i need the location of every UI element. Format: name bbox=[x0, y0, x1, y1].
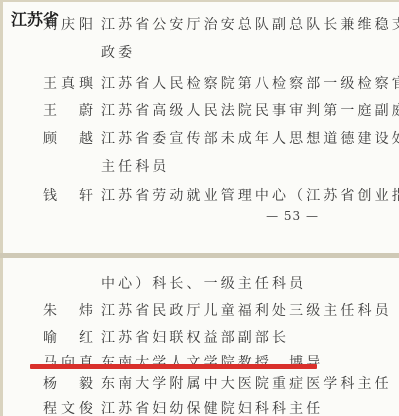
list-item: 朱 炜 江苏省民政厅儿童福利处三级主任科员 bbox=[3, 300, 399, 322]
person-title: 江苏省委宣传部未成年人思想道德建设处二级 bbox=[101, 128, 399, 148]
page-number: — 53 — bbox=[266, 209, 319, 223]
list-item-continuation: 中心）科长、一级主任科员 bbox=[3, 273, 399, 295]
person-name: 程文俊 bbox=[43, 398, 95, 416]
person-title: 江苏省高级人民法院民事审判第一庭副庭长 bbox=[101, 100, 399, 120]
person-name: 钱 轩 bbox=[43, 185, 95, 205]
list-item: 钱 轩 江苏省劳动就业管理中心（江苏省创业指导 bbox=[3, 185, 399, 207]
person-title-continued: 主任科员 bbox=[101, 156, 169, 176]
list-item: 程文俊 江苏省妇幼保健院妇科科主任 bbox=[3, 398, 399, 416]
person-name: 顾 越 bbox=[43, 128, 95, 148]
list-item-highlighted: 马向真 东南大学人文学院教授、博导 bbox=[3, 352, 399, 374]
person-title: 东南大学附属中大医院重症医学科主任 bbox=[101, 373, 392, 393]
person-title: 江苏省民政厅儿童福利处三级主任科员 bbox=[101, 300, 392, 320]
person-title: 江苏省公安厅治安总队副总队长兼维稳支队 bbox=[101, 14, 399, 34]
document-page-top: 江苏省 刘庆阳 江苏省公安厅治安总队副总队长兼维稳支队 政委 王真璵 江苏省人民… bbox=[3, 2, 399, 253]
person-name: 朱 炜 bbox=[43, 300, 95, 320]
person-name: 喻 红 bbox=[43, 327, 95, 347]
person-title: 江苏省人民检察院第八检察部一级检察官助理 bbox=[101, 73, 399, 93]
person-title: 江苏省妇幼保健院妇科科主任 bbox=[101, 398, 323, 416]
person-title-continued: 政委 bbox=[101, 42, 135, 62]
person-title: 江苏省妇联权益部副部长 bbox=[101, 327, 289, 347]
list-item: 王真璵 江苏省人民检察院第八检察部一级检察官助理 bbox=[3, 73, 399, 95]
red-underline-highlight bbox=[30, 364, 317, 369]
person-title: 东南大学人文学院教授、博导 bbox=[101, 352, 323, 372]
person-name: 杨 毅 bbox=[43, 373, 95, 393]
list-item: 刘庆阳 江苏省公安厅治安总队副总队长兼维稳支队 bbox=[3, 14, 399, 36]
person-name: 刘庆阳 bbox=[43, 14, 95, 34]
list-item: 喻 红 江苏省妇联权益部副部长 bbox=[3, 327, 399, 349]
list-item-continuation: 政委 bbox=[3, 42, 399, 64]
list-item: 杨 毅 东南大学附属中大医院重症医学科主任 bbox=[3, 373, 399, 395]
person-title: 江苏省劳动就业管理中心（江苏省创业指导 bbox=[101, 185, 399, 205]
person-name: 王 蔚 bbox=[43, 100, 95, 120]
person-name: 马向真 bbox=[43, 352, 95, 372]
list-item-continuation: 主任科员 bbox=[3, 156, 399, 178]
person-title-continued: 中心）科长、一级主任科员 bbox=[101, 273, 306, 293]
person-name: 王真璵 bbox=[43, 73, 95, 93]
list-item: 顾 越 江苏省委宣传部未成年人思想道德建设处二级 bbox=[3, 128, 399, 150]
list-item: 王 蔚 江苏省高级人民法院民事审判第一庭副庭长 bbox=[3, 100, 399, 122]
document-page-bottom: 中心）科长、一级主任科员 朱 炜 江苏省民政厅儿童福利处三级主任科员 喻 红 江… bbox=[3, 258, 399, 416]
